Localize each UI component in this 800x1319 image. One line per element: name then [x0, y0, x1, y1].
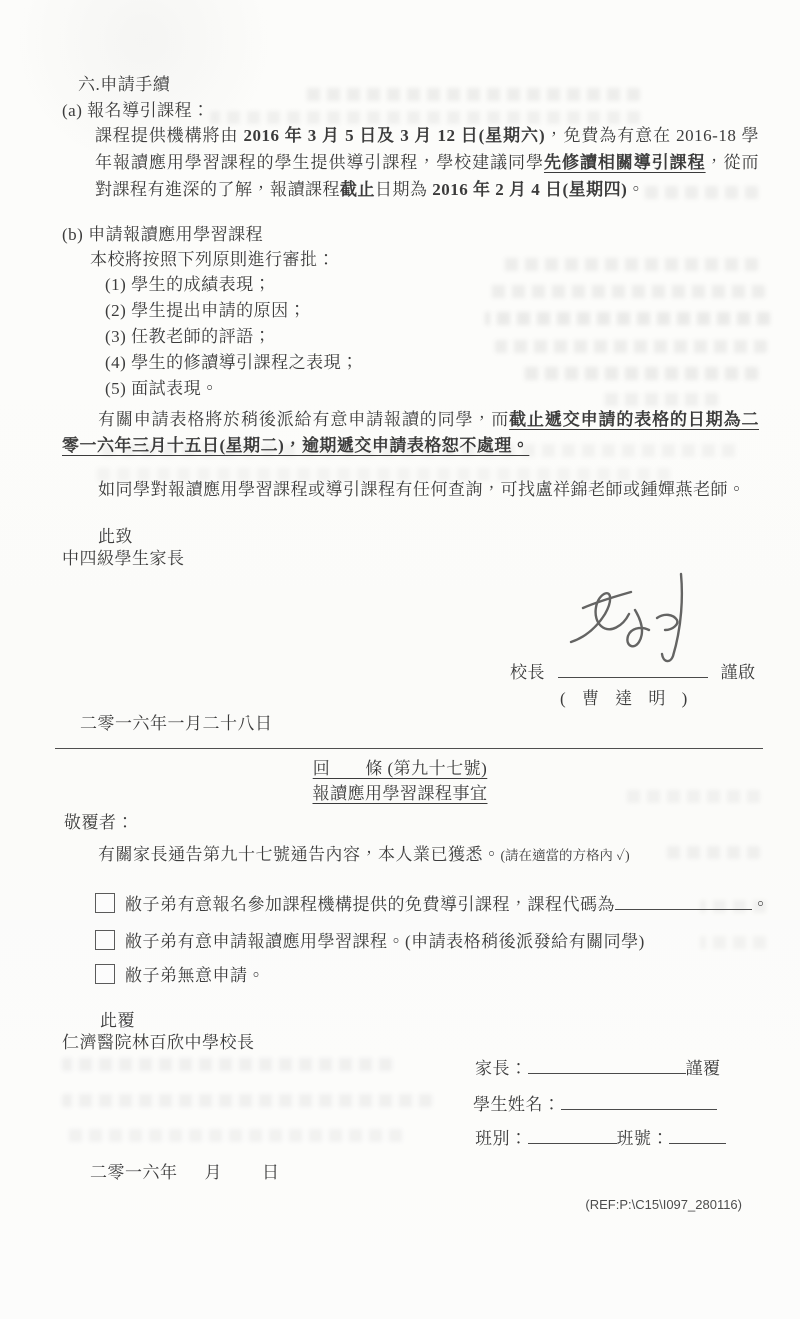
para-a-text: 。 [627, 180, 645, 199]
para-a-dates: 2016 年 3 月 5 日及 3 月 12 日(星期六) [244, 126, 546, 145]
principal-signature [565, 568, 715, 668]
criteria-item: (4) 學生的修讀導引課程之表現； [105, 350, 359, 376]
section-six-heading: 六.申請手續 [78, 72, 170, 98]
approval-intro: 本校將按照下列原則進行審批： [90, 247, 335, 273]
class-number-label: 班號： [617, 1129, 670, 1148]
form-deadline-paragraph: 有關申請表格將於稍後派給有意申請報讀的同學，而截止遞交申請的表格的日期為二零一六… [62, 407, 759, 459]
scanned-page: 六.申請手續 (a) 報名導引課程： 課程提供機構將由 2016 年 3 月 5… [0, 0, 800, 1319]
criteria-item: (1) 學生的成績表現； [105, 272, 359, 298]
parent-label: 家長： [475, 1059, 528, 1078]
option-1-text: 敝子弟有意報名參加課程機構提供的免費導引課程，課程代碼為 [125, 895, 615, 914]
reply-option-1: 敝子弟有意報名參加課程機構提供的免費導引課程，課程代碼為。 [95, 892, 785, 918]
option-2-text: 敝子弟有意申請報讀應用學習課程。(申請表格稍後派發給有關同學) [125, 932, 645, 951]
reply-date-year: 二零一六年 [90, 1163, 178, 1182]
bleedthrough-smudge [62, 1058, 392, 1071]
principal-signature-blank[interactable] [558, 660, 708, 678]
reply-addressee: 仁濟醫院林百欣中學校長 [62, 1030, 255, 1056]
option-checkbox-1[interactable] [95, 893, 115, 913]
student-name-blank[interactable] [561, 1092, 717, 1110]
class-label: 班別： [475, 1129, 528, 1148]
criteria-item: (2) 學生提出申請的原因； [105, 298, 359, 324]
bleedthrough-smudge [600, 393, 718, 406]
bleedthrough-smudge [520, 367, 758, 380]
bleedthrough-smudge [490, 285, 765, 298]
item-b-heading: (b) 申請報讀應用學習課程 [62, 222, 263, 248]
bleedthrough-smudge [495, 340, 767, 353]
reply-date-day: 日 [262, 1163, 280, 1182]
form-deadline-text: 有關申請表格將於稍後派給有意申請報讀的同學，而 [98, 410, 509, 429]
reply-salutation: 敬覆者： [64, 810, 134, 836]
class-blank[interactable] [528, 1126, 617, 1144]
tear-off-divider [55, 748, 763, 749]
bleedthrough-smudge [500, 258, 758, 271]
enquiry-paragraph: 如同學對報讀應用學習課程或導引課程有任何查詢，可找盧祥錦老師或鍾嬋燕老師。 [62, 477, 759, 503]
bleedthrough-smudge [62, 1129, 402, 1142]
principal-label: 校長 [510, 663, 545, 682]
criteria-list: (1) 學生的成績表現； (2) 學生提出申請的原因； (3) 任教老師的評語；… [105, 272, 359, 402]
item-a-heading: (a) 報名導引課程： [62, 98, 210, 124]
option-3-text: 敝子弟無意申請。 [125, 966, 265, 985]
class-number-blank[interactable] [669, 1126, 726, 1144]
letter-addressee: 中四級學生家長 [62, 546, 185, 572]
bleedthrough-smudge [485, 312, 770, 325]
para-a-text: 日期為 [375, 180, 432, 199]
respectfully-label: 謹啟 [721, 663, 756, 682]
parent-signature-line: 家長：謹覆 [475, 1056, 721, 1082]
student-name-label: 學生姓名： [473, 1095, 561, 1114]
parent-signature-blank[interactable] [528, 1056, 686, 1074]
para-a-text: 課程提供機構將由 [95, 126, 244, 145]
reply-slip-subtitle: 報讀應用學習課程事宜 [0, 781, 800, 807]
option-1-period: 。 [752, 895, 770, 914]
para-a-deadline-date: 2016 年 2 月 4 日(星期四) [432, 180, 627, 199]
principal-name: ( 曹 達 明 ) [560, 686, 693, 712]
reply-option-2: 敝子弟有意申請報讀應用學習課程。(申請表格稍後派發給有關同學) [95, 929, 785, 955]
principal-signoff-line: 校長 謹啟 [510, 660, 756, 686]
class-line: 班別：班號： [475, 1126, 726, 1152]
para-a-deadline-word: 截止 [340, 180, 375, 199]
reply-date-month: 月 [205, 1163, 223, 1182]
reply-option-3: 敝子弟無意申請。 [95, 963, 785, 989]
letter-date: 二零一六年一月二十八日 [80, 711, 273, 737]
option-checkbox-2[interactable] [95, 930, 115, 950]
acknowledgement-text: 有關家長通告第九十七號通告內容，本人業已獲悉。 [98, 845, 501, 864]
criteria-item: (3) 任教老師的評語； [105, 324, 359, 350]
criteria-item: (5) 面試表現。 [105, 376, 359, 402]
tick-instruction-note: (請在適當的方格內 ✓) [501, 848, 630, 863]
bleedthrough-smudge [62, 1094, 432, 1107]
option-checkbox-3[interactable] [95, 964, 115, 984]
para-a-emphasis: 先修讀相關導引課程 [544, 153, 706, 172]
course-code-blank[interactable] [615, 892, 752, 910]
reply-slip-title: 回 條 (第九十七號) [0, 756, 800, 782]
file-reference: (REF:P:\C15\I097_280116) [0, 1192, 742, 1218]
acknowledgement-line: 有關家長通告第九十七號通告內容，本人業已獲悉。(請在適當的方格內 ✓) [62, 842, 759, 869]
reply-date-line: 二零一六年月日 [90, 1160, 280, 1186]
item-a-paragraph: 課程提供機構將由 2016 年 3 月 5 日及 3 月 12 日(星期六)，免… [95, 122, 759, 203]
bleedthrough-smudge [300, 88, 640, 101]
student-name-line: 學生姓名： [473, 1092, 717, 1118]
parent-respectfully-label: 謹覆 [686, 1059, 721, 1078]
